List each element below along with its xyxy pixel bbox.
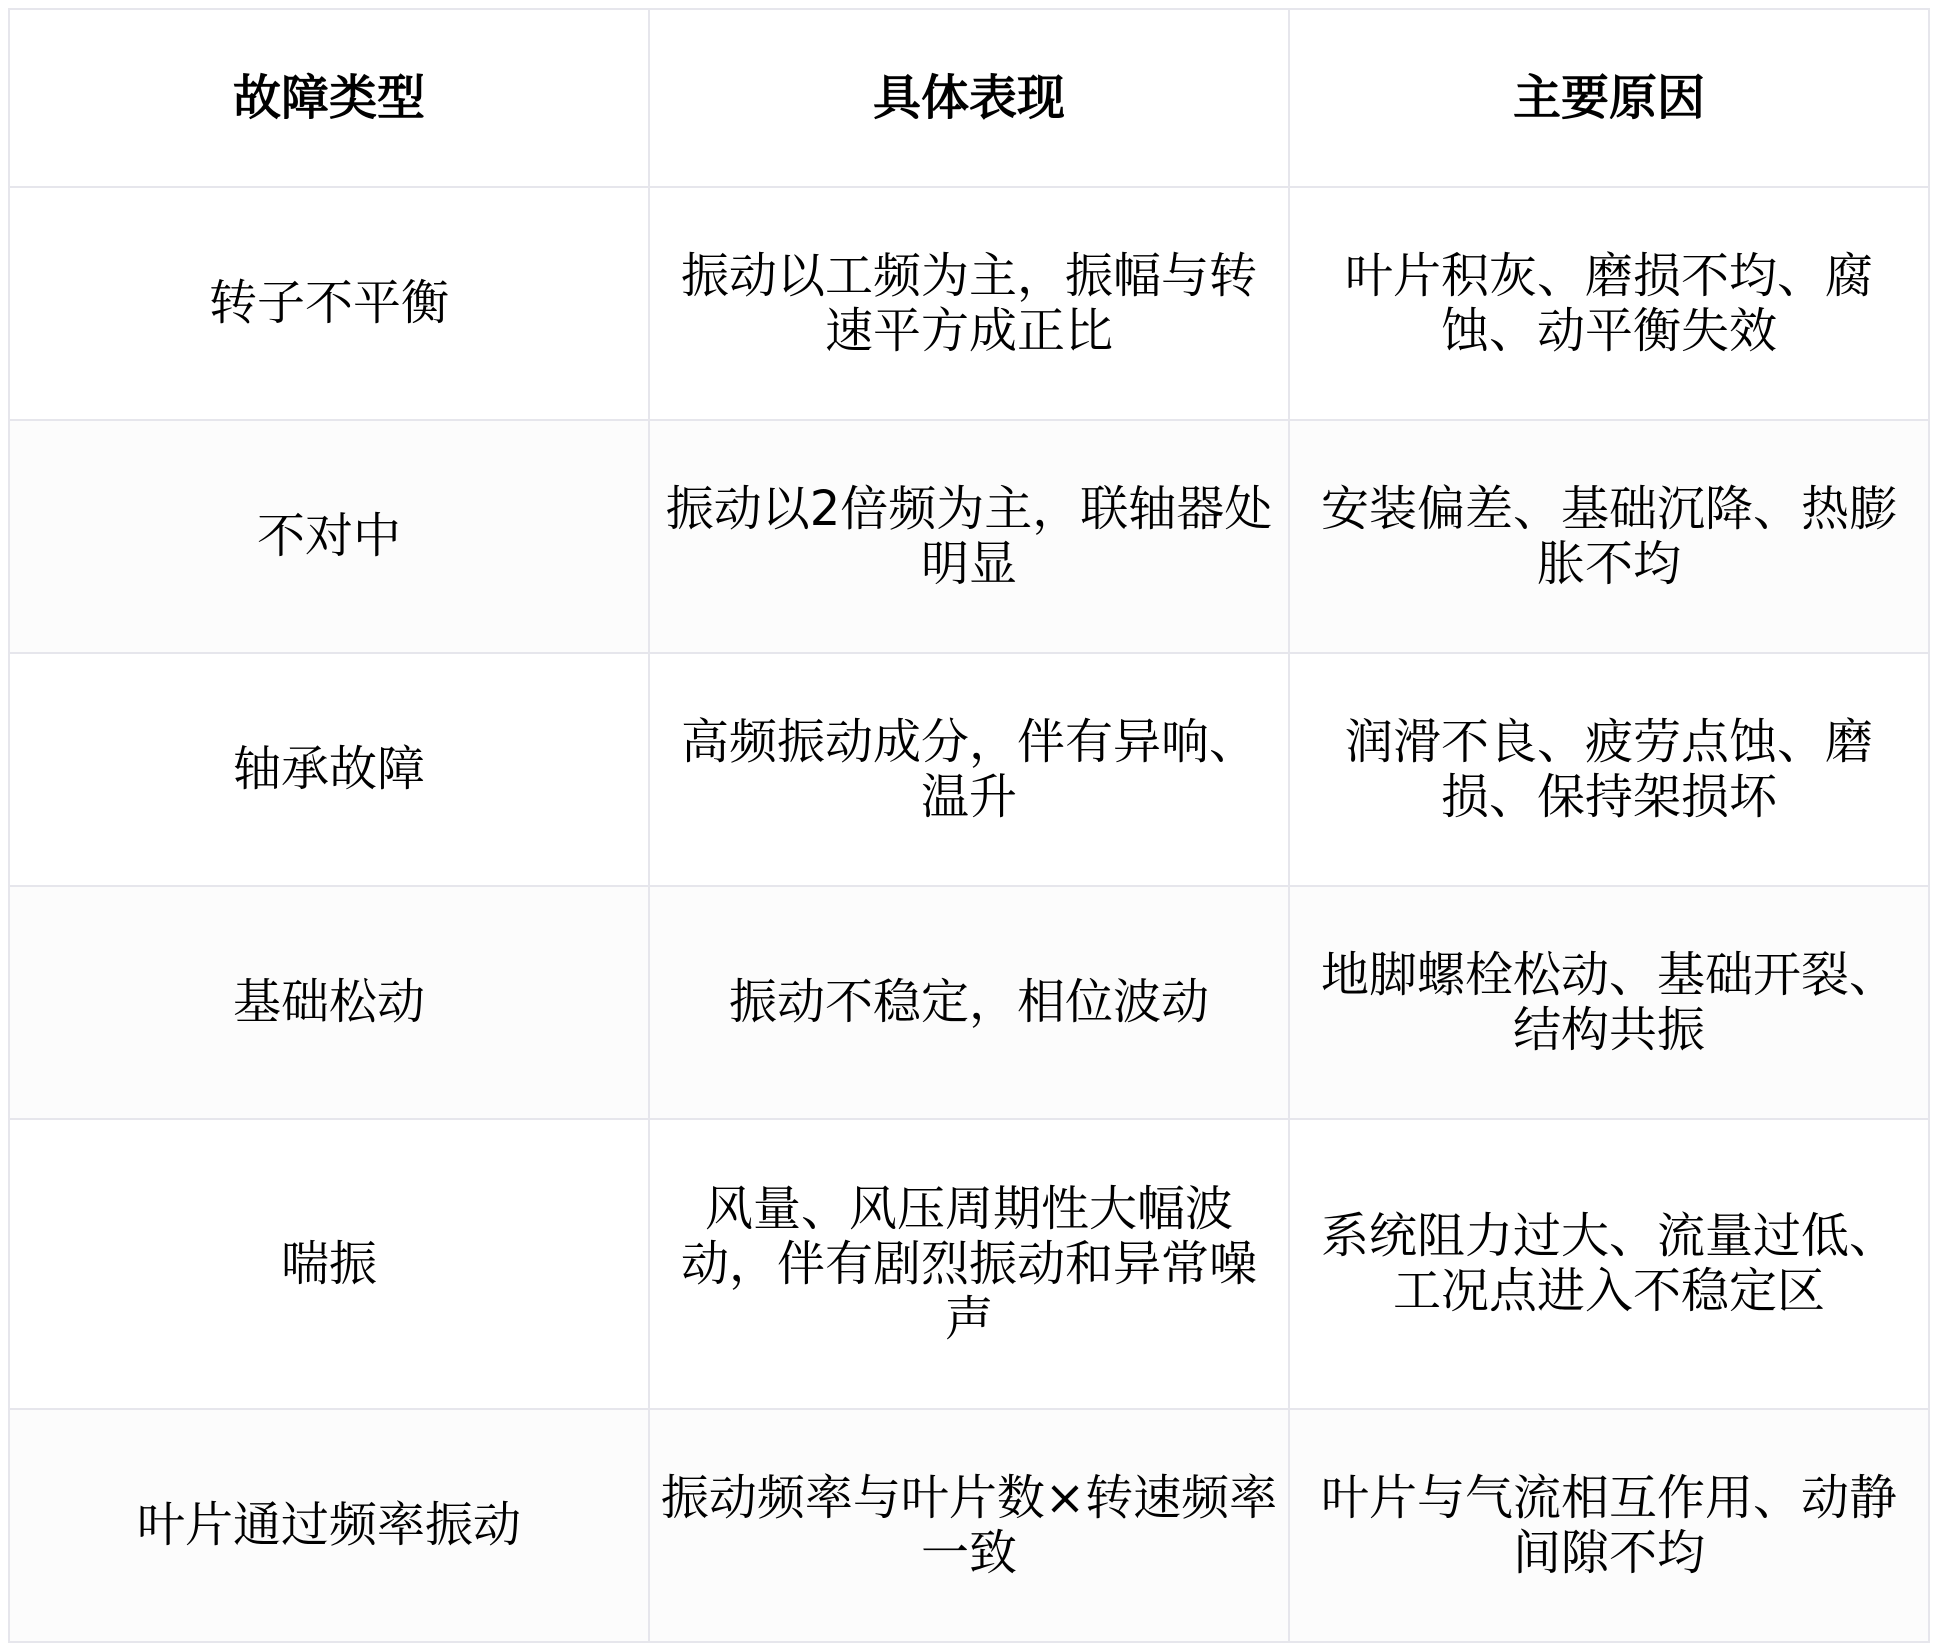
cell-symptom: 振动频率与叶片数×转速频率一致 [649,1409,1289,1642]
cell-fault-type: 喘振 [9,1119,649,1409]
cell-fault-type: 转子不平衡 [9,187,649,420]
table-row: 转子不平衡 振动以工频为主，振幅与转速平方成正比 叶片积灰、磨损不均、腐蚀、动平… [9,187,1929,420]
cell-cause: 系统阻力过大、流量过低、工况点进入不稳定区 [1289,1119,1929,1409]
cell-fault-type: 叶片通过频率振动 [9,1409,649,1642]
cell-symptom: 高频振动成分，伴有异响、温升 [649,653,1289,886]
table-row: 轴承故障 高频振动成分，伴有异响、温升 润滑不良、疲劳点蚀、磨损、保持架损坏 [9,653,1929,886]
cell-cause: 地脚螺栓松动、基础开裂、结构共振 [1289,886,1929,1119]
cell-fault-type: 基础松动 [9,886,649,1119]
table-row: 基础松动 振动不稳定，相位波动 地脚螺栓松动、基础开裂、结构共振 [9,886,1929,1119]
cell-cause: 叶片积灰、磨损不均、腐蚀、动平衡失效 [1289,187,1929,420]
cell-fault-type: 轴承故障 [9,653,649,886]
cell-symptom: 振动不稳定，相位波动 [649,886,1289,1119]
cell-cause: 润滑不良、疲劳点蚀、磨损、保持架损坏 [1289,653,1929,886]
fault-table: 故障类型 具体表现 主要原因 转子不平衡 振动以工频为主，振幅与转速平方成正比 … [8,8,1930,1643]
cell-cause: 安装偏差、基础沉降、热膨胀不均 [1289,420,1929,653]
table-row: 喘振 风量、风压周期性大幅波动，伴有剧烈振动和异常噪声 系统阻力过大、流量过低、… [9,1119,1929,1409]
header-cause: 主要原因 [1289,9,1929,187]
cell-symptom: 振动以2倍频为主，联轴器处明显 [649,420,1289,653]
cell-fault-type: 不对中 [9,420,649,653]
table-row: 叶片通过频率振动 振动频率与叶片数×转速频率一致 叶片与气流相互作用、动静间隙不… [9,1409,1929,1642]
cell-symptom: 振动以工频为主，振幅与转速平方成正比 [649,187,1289,420]
header-row: 故障类型 具体表现 主要原因 [9,9,1929,187]
table-row: 不对中 振动以2倍频为主，联轴器处明显 安装偏差、基础沉降、热膨胀不均 [9,420,1929,653]
header-fault-type: 故障类型 [9,9,649,187]
cell-cause: 叶片与气流相互作用、动静间隙不均 [1289,1409,1929,1642]
header-symptom: 具体表现 [649,9,1289,187]
cell-symptom: 风量、风压周期性大幅波动，伴有剧烈振动和异常噪声 [649,1119,1289,1409]
